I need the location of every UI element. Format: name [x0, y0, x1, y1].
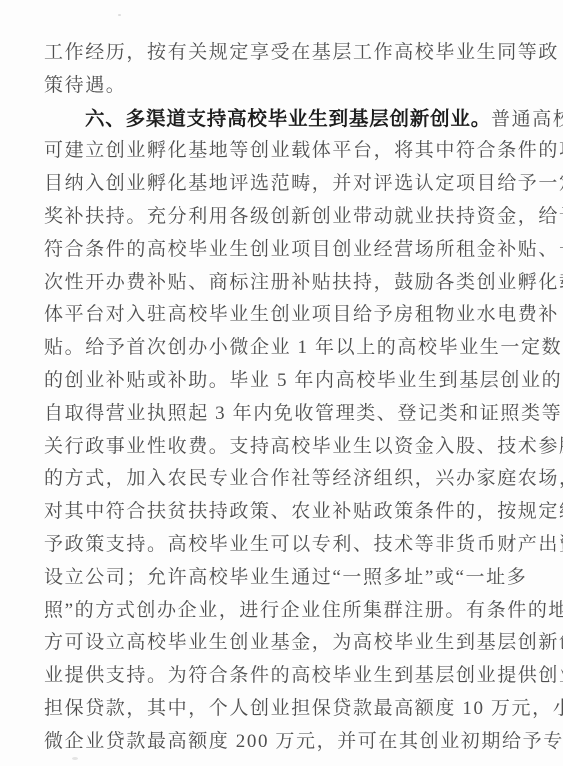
document-line: 次性开办费补贴、商标注册补贴扶持，鼓励各类创业孵化载: [44, 267, 523, 300]
document-text-block: 工作经历，按有关规定享受在基层工作高校毕业生同等政 策待遇。 六、多渠道支持高校…: [44, 37, 523, 759]
scan-speck: [118, 14, 121, 16]
document-line: 贴。给予首次创办小微企业 1 年以上的高校毕业生一定数量: [44, 332, 523, 365]
document-line: 关行政事业性收费。支持高校毕业生以资金入股、技术参股: [44, 431, 523, 464]
document-line: 策待遇。: [44, 70, 523, 103]
document-line: 可建立创业孵化基地等创业载体平台，将其中符合条件的项: [44, 135, 523, 168]
document-line: 工作经历，按有关规定享受在基层工作高校毕业生同等政: [44, 37, 523, 70]
document-page: 工作经历，按有关规定享受在基层工作高校毕业生同等政 策待遇。 六、多渠道支持高校…: [0, 0, 563, 766]
document-line: 微企业贷款最高额度 200 万元，并可在其创业初期给予专家: [44, 726, 523, 759]
document-line: 自取得营业执照起 3 年内免收管理类、登记类和证照类等有: [44, 398, 523, 431]
document-line: 体平台对入驻高校毕业生创业项目给予房租物业水电费补: [44, 299, 523, 332]
document-line: 目纳入创业孵化基地评选范畴，并对评选认定项目给予一定: [44, 168, 523, 201]
document-line: 照”的方式创办企业，进行企业住所集群注册。有条件的地: [44, 595, 523, 628]
document-line: 对其中符合扶贫扶持政策、农业补贴政策条件的，按规定给: [44, 496, 523, 529]
document-line-heading: 六、多渠道支持高校毕业生到基层创新创业。普通高校: [44, 103, 523, 136]
document-line: 的创业补贴或补助。毕业 5 年内高校毕业生到基层创业的，: [44, 365, 523, 398]
section-heading: 六、多渠道支持高校毕业生到基层创新创业。: [85, 107, 491, 130]
document-line: 予政策支持。高校毕业生可以专利、技术等非货币财产出资: [44, 529, 523, 562]
document-line: 方可设立高校毕业生创业基金，为高校毕业生到基层创新创: [44, 627, 523, 660]
document-line: 符合条件的高校毕业生创业项目创业经营场所租金补贴、一: [44, 234, 523, 267]
scan-speck: [72, 757, 78, 760]
document-line: 担保贷款，其中，个人创业担保贷款最高额度 10 万元，小: [44, 693, 523, 726]
document-line: 业提供支持。为符合条件的高校毕业生到基层创业提供创业: [44, 660, 523, 693]
document-line: 奖补扶持。充分利用各级创新创业带动就业扶持资金，给予: [44, 201, 523, 234]
heading-trailing-text: 普通高校: [491, 109, 563, 130]
document-line: 的方式，加入农民专业合作社等经济组织，兴办家庭农场，: [44, 463, 523, 496]
document-line: 设立公司；允许高校毕业生通过“一照多址”或“一址多: [44, 562, 523, 595]
